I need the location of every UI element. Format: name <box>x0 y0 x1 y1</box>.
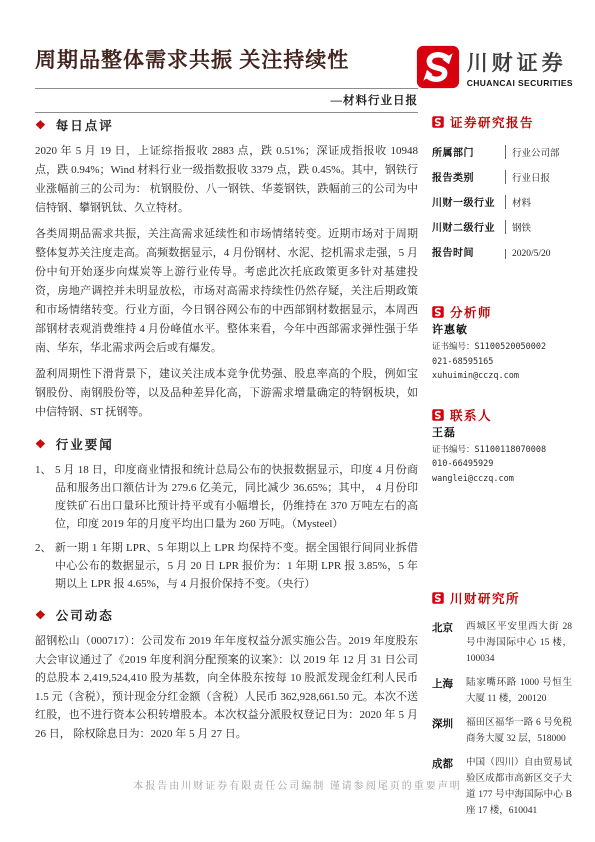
analyst-name: 许惠敏 <box>432 321 572 337</box>
office-address: 西城区平安里西大街 28 号中海国际中心 15 楼，100034 <box>466 619 572 667</box>
section-company-news: ❖ 公司动态 <box>35 606 418 624</box>
contact-cert: 证书编号：S1100118070008 <box>432 443 572 458</box>
contact-name: 王磊 <box>432 424 572 440</box>
office-city: 北京 <box>432 619 466 667</box>
news-item-text: 5 月 18 日，印度商业情报和统计总局公布的快报数据显示，印度 4 月份商品和… <box>55 461 418 533</box>
meta-label: 报告类别 <box>432 169 505 184</box>
section-company-title: 公司动态 <box>56 606 114 624</box>
meta-value: 2020/5/20 <box>505 249 551 259</box>
office-address: 福田区福华一路 6 号免税商务大厦 32 层，518000 <box>466 715 572 747</box>
page-footer-disclaimer: 本报告由川财证券有限责任公司编制 谨请参阅尾页的重要声明 <box>0 777 595 792</box>
meta-row: 报告时间 2020/5/20 <box>432 244 572 259</box>
contact-block: 王磊 证书编号：S1100118070008 010-66495929 wang… <box>432 424 572 487</box>
report-sidebar: 证券研究报告 所属部门 行业公司部 报告类别 行业日报 川财一级行业 材料 川财… <box>432 113 572 827</box>
logo-mark-icon <box>432 592 444 604</box>
sidebar-analyst-header: 分析师 <box>432 303 572 321</box>
meta-label: 所属部门 <box>432 144 505 159</box>
analyst-block: 许惠敏 证书编号：S1100520050002 021-68595165 xuh… <box>432 321 572 384</box>
meta-row: 川财一级行业 材料 <box>432 194 572 209</box>
brand-name: 川财证券 CHUANCAI SECURITIES <box>467 51 573 87</box>
company-news-paragraph: 韶钢松山（000717）：公司发布 2019 年年度权益分派实施公告。2019 … <box>35 632 418 743</box>
sidebar-report-header: 证券研究报告 <box>432 113 572 131</box>
header-divider-bottom <box>35 112 418 113</box>
report-page: 周期品整体需求共振 关注持续性 川财证券 CHUANCAI SECURITIES… <box>0 0 595 842</box>
office-row: 上海 陆家嘴环路 1000 号恒生大厦 11 楼，200120 <box>432 675 572 707</box>
report-header-label: 证券研究报告 <box>450 113 534 131</box>
section-daily-comment: ❖ 每日点评 <box>35 116 418 134</box>
meta-label: 川财二级行业 <box>432 219 505 234</box>
news-item: 1、 5 月 18 日，印度商业情报和统计总局公布的快报数据显示，印度 4 月份… <box>35 461 418 533</box>
news-item-text: 新一期 1 年期 LPR、5 年期以上 LPR 均保持不变。据全国银行间同业拆借… <box>55 539 418 593</box>
daily-paragraph: 各类周期品需求共振，关注高需求延续性和市场情绪转变。近期市场对于周期整体复苏关注… <box>35 225 418 358</box>
report-subtitle: —材料行业日报 <box>35 92 418 108</box>
report-meta-list: 所属部门 行业公司部 报告类别 行业日报 川财一级行业 材料 川财二级行业 钢铁… <box>432 144 572 259</box>
diamond-bullet-icon: ❖ <box>35 119 46 131</box>
meta-value: 行业公司部 <box>505 145 560 159</box>
page-title: 周期品整体需求共振 关注持续性 <box>35 44 415 74</box>
office-row: 北京 西城区平安里西大街 28 号中海国际中心 15 楼，100034 <box>432 619 572 667</box>
office-city: 深圳 <box>432 715 466 747</box>
main-content: ❖ 每日点评 2020 年 5 月 19 日，上证综指报收 2883 点，跌 0… <box>35 116 418 743</box>
analyst-cert: 证书编号：S1100520050002 <box>432 340 572 355</box>
news-item-number: 2、 <box>35 539 55 593</box>
office-city: 上海 <box>432 675 466 707</box>
sidebar-institute-header: 川财研究所 <box>432 589 572 607</box>
office-address: 陆家嘴环路 1000 号恒生大厦 11 楼，200120 <box>466 675 572 707</box>
daily-paragraph: 盈利周期性下滑背景下，建议关注成本竞争优势强、股息率高的个股，例如宝钢股份、南钢… <box>35 365 418 422</box>
section-industry-title: 行业要闻 <box>56 435 114 453</box>
chuancai-logo-icon <box>416 45 460 94</box>
meta-value: 行业日报 <box>505 170 550 184</box>
meta-value: 材料 <box>505 195 531 209</box>
logo-mark-icon <box>432 409 444 421</box>
logo-mark-icon <box>432 306 444 318</box>
header-divider-top <box>35 88 418 89</box>
diamond-bullet-icon: ❖ <box>35 609 46 621</box>
brand-name-en: CHUANCAI SECURITIES <box>467 78 573 88</box>
news-item: 2、 新一期 1 年期 LPR、5 年期以上 LPR 均保持不变。据全国银行间同… <box>35 539 418 593</box>
meta-row: 川财二级行业 钢铁 <box>432 219 572 234</box>
office-row: 深圳 福田区福华一路 6 号免税商务大厦 32 层，518000 <box>432 715 572 747</box>
news-item-number: 1、 <box>35 461 55 533</box>
diamond-bullet-icon: ❖ <box>35 438 46 450</box>
analyst-phone: 021-68595165 <box>432 355 572 370</box>
meta-value: 钢铁 <box>505 220 531 234</box>
logo-mark-icon <box>432 116 444 128</box>
brand-name-cn: 川财证券 <box>467 51 567 77</box>
analyst-header-label: 分析师 <box>450 303 492 321</box>
meta-label: 报告时间 <box>432 244 505 259</box>
meta-row: 报告类别 行业日报 <box>432 169 572 184</box>
analyst-email: xuhuimin@cczq.com <box>432 369 572 384</box>
institute-header-label: 川财研究所 <box>450 589 520 607</box>
contact-phone: 010-66495929 <box>432 457 572 472</box>
section-daily-title: 每日点评 <box>56 116 114 134</box>
sidebar-contact-header: 联系人 <box>432 406 572 424</box>
meta-row: 所属部门 行业公司部 <box>432 144 572 159</box>
section-industry-news: ❖ 行业要闻 <box>35 435 418 453</box>
meta-label: 川财一级行业 <box>432 194 505 209</box>
contact-email: wanglei@cczq.com <box>432 472 572 487</box>
brand-logo: 川财证券 CHUANCAI SECURITIES <box>416 45 573 94</box>
daily-paragraph: 2020 年 5 月 19 日，上证综指报收 2883 点，跌 0.51%；深证… <box>35 142 418 218</box>
contact-header-label: 联系人 <box>450 406 492 424</box>
